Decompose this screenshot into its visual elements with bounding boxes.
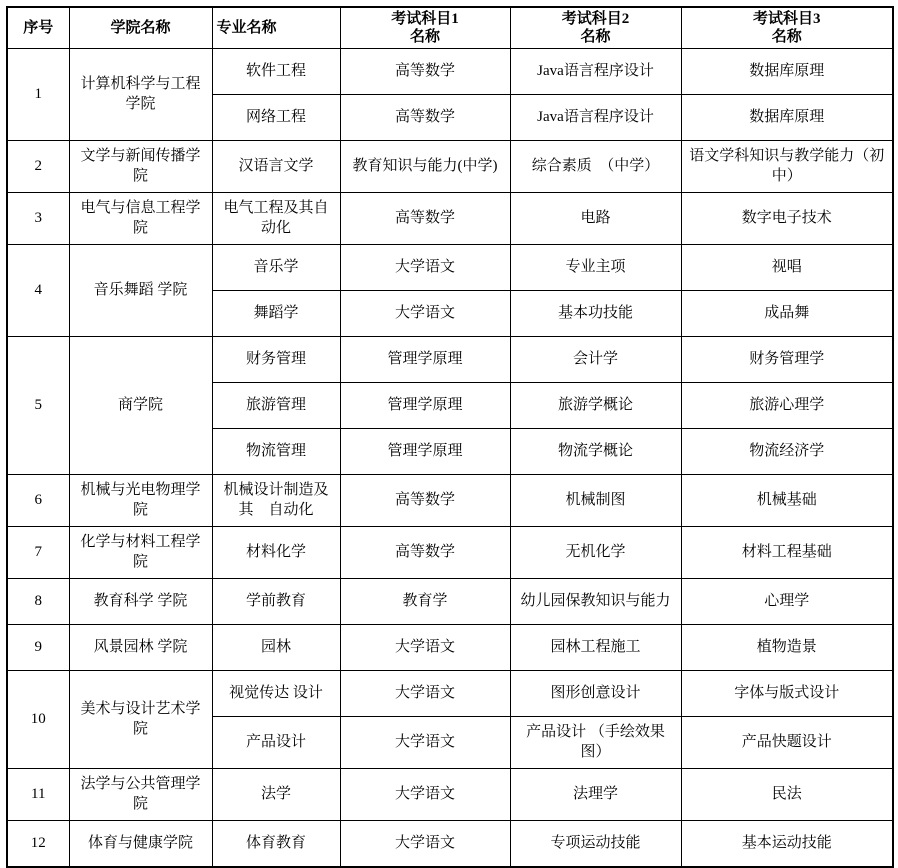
cell-subject1: 教育知识与能力(中学) xyxy=(340,141,510,193)
cell-subject3: 心理学 xyxy=(681,579,893,625)
header-title: 学院名称 xyxy=(110,20,170,36)
cell-subject1: 高等数学 xyxy=(340,527,510,579)
header-title: 考试科目2 xyxy=(562,11,630,27)
cell-subject3: 基本运动技能 xyxy=(681,821,893,868)
cell-subject1: 大学语文 xyxy=(340,717,510,769)
cell-major: 学前教育 xyxy=(212,579,340,625)
cell-major: 汉语言文学 xyxy=(212,141,340,193)
cell-college: 计算机科学与工程学院 xyxy=(69,49,212,141)
cell-subject3: 物流经济学 xyxy=(681,429,893,475)
cell-major: 财务管理 xyxy=(212,337,340,383)
cell-major: 电气工程及其自动化 xyxy=(212,193,340,245)
cell-subject1: 高等数学 xyxy=(340,49,510,95)
cell-subject3: 产品快题设计 xyxy=(681,717,893,769)
table-row: 6机械与光电物理学院机械设计制造及其 自动化高等数学机械制图机械基础 xyxy=(7,475,893,527)
cell-major: 软件工程 xyxy=(212,49,340,95)
cell-index: 12 xyxy=(7,821,69,868)
cell-subject3: 机械基础 xyxy=(681,475,893,527)
cell-subject1: 高等数学 xyxy=(340,95,510,141)
cell-subject1: 高等数学 xyxy=(340,193,510,245)
table-body: 1计算机科学与工程学院软件工程高等数学Java语言程序设计数据库原理网络工程高等… xyxy=(7,49,893,868)
header-title: 序号 xyxy=(23,20,53,36)
cell-subject1: 大学语文 xyxy=(340,245,510,291)
cell-major: 舞蹈学 xyxy=(212,291,340,337)
table-row: 3电气与信息工程学院电气工程及其自动化高等数学电路数字电子技术 xyxy=(7,193,893,245)
cell-major: 产品设计 xyxy=(212,717,340,769)
cell-major: 材料化学 xyxy=(212,527,340,579)
cell-major: 音乐学 xyxy=(212,245,340,291)
cell-subject3: 数据库原理 xyxy=(681,49,893,95)
cell-index: 10 xyxy=(7,671,69,769)
cell-index: 8 xyxy=(7,579,69,625)
table-row: 11法学与公共管理学院法学大学语文法理学民法 xyxy=(7,769,893,821)
header-subtitle: 名称 xyxy=(345,28,506,46)
cell-subject1: 教育学 xyxy=(340,579,510,625)
cell-subject2: 物流学概论 xyxy=(510,429,681,475)
cell-index: 4 xyxy=(7,245,69,337)
table-row: 2文学与新闻传播学院汉语言文学教育知识与能力(中学)综合素质 （中学）语文学科知… xyxy=(7,141,893,193)
cell-major: 物流管理 xyxy=(212,429,340,475)
cell-college: 音乐舞蹈 学院 xyxy=(69,245,212,337)
cell-college: 商学院 xyxy=(69,337,212,475)
cell-college: 风景园林 学院 xyxy=(69,625,212,671)
cell-subject3: 材料工程基础 xyxy=(681,527,893,579)
cell-college: 化学与材料工程学院 xyxy=(69,527,212,579)
table-header: 序号学院名称专业名称考试科目1名称考试科目2名称考试科目3名称 xyxy=(7,7,893,49)
cell-subject2: 综合素质 （中学） xyxy=(510,141,681,193)
cell-subject2: 园林工程施工 xyxy=(510,625,681,671)
cell-subject1: 管理学原理 xyxy=(340,337,510,383)
table-row: 7化学与材料工程学院材料化学高等数学无机化学材料工程基础 xyxy=(7,527,893,579)
cell-major: 法学 xyxy=(212,769,340,821)
header-title: 专业名称 xyxy=(217,20,277,36)
cell-subject3: 视唱 xyxy=(681,245,893,291)
table-row: 12体育与健康学院体育教育大学语文专项运动技能基本运动技能 xyxy=(7,821,893,868)
header-cell-college: 学院名称 xyxy=(69,7,212,49)
cell-subject2: Java语言程序设计 xyxy=(510,95,681,141)
table-row: 4音乐舞蹈 学院音乐学大学语文专业主项视唱 xyxy=(7,245,893,291)
table-row: 8教育科学 学院学前教育教育学幼儿园保教知识与能力心理学 xyxy=(7,579,893,625)
cell-index: 11 xyxy=(7,769,69,821)
cell-subject2: 电路 xyxy=(510,193,681,245)
cell-subject1: 高等数学 xyxy=(340,475,510,527)
cell-subject3: 数字电子技术 xyxy=(681,193,893,245)
cell-subject1: 大学语文 xyxy=(340,291,510,337)
cell-index: 5 xyxy=(7,337,69,475)
header-title: 考试科目1 xyxy=(391,11,459,27)
cell-subject1: 管理学原理 xyxy=(340,429,510,475)
cell-subject3: 数据库原理 xyxy=(681,95,893,141)
cell-index: 3 xyxy=(7,193,69,245)
table-row: 1计算机科学与工程学院软件工程高等数学Java语言程序设计数据库原理 xyxy=(7,49,893,95)
cell-index: 1 xyxy=(7,49,69,141)
cell-subject2: 专项运动技能 xyxy=(510,821,681,868)
cell-major: 旅游管理 xyxy=(212,383,340,429)
cell-subject1: 大学语文 xyxy=(340,671,510,717)
cell-subject3: 植物造景 xyxy=(681,625,893,671)
cell-index: 9 xyxy=(7,625,69,671)
header-cell-major: 专业名称 xyxy=(212,7,340,49)
cell-subject3: 语文学科知识与教学能力（初中） xyxy=(681,141,893,193)
cell-subject2: Java语言程序设计 xyxy=(510,49,681,95)
table-row: 10美术与设计艺术学院视觉传达 设计大学语文图形创意设计字体与版式设计 xyxy=(7,671,893,717)
cell-subject1: 管理学原理 xyxy=(340,383,510,429)
cell-college: 电气与信息工程学院 xyxy=(69,193,212,245)
cell-major: 视觉传达 设计 xyxy=(212,671,340,717)
cell-subject3: 旅游心理学 xyxy=(681,383,893,429)
cell-subject3: 字体与版式设计 xyxy=(681,671,893,717)
header-title: 考试科目3 xyxy=(753,11,821,27)
cell-subject2: 无机化学 xyxy=(510,527,681,579)
cell-college: 教育科学 学院 xyxy=(69,579,212,625)
cell-index: 7 xyxy=(7,527,69,579)
cell-subject2: 旅游学概论 xyxy=(510,383,681,429)
cell-subject3: 成品舞 xyxy=(681,291,893,337)
cell-subject2: 基本功技能 xyxy=(510,291,681,337)
cell-subject3: 民法 xyxy=(681,769,893,821)
table-row: 5商学院财务管理管理学原理会计学财务管理学 xyxy=(7,337,893,383)
cell-subject2: 图形创意设计 xyxy=(510,671,681,717)
cell-subject2: 产品设计 （手绘效果图） xyxy=(510,717,681,769)
header-cell-index: 序号 xyxy=(7,7,69,49)
exam-subjects-page: 序号学院名称专业名称考试科目1名称考试科目2名称考试科目3名称 1计算机科学与工… xyxy=(0,0,898,744)
cell-index: 2 xyxy=(7,141,69,193)
cell-college: 体育与健康学院 xyxy=(69,821,212,868)
cell-major: 机械设计制造及其 自动化 xyxy=(212,475,340,527)
table-header-row: 序号学院名称专业名称考试科目1名称考试科目2名称考试科目3名称 xyxy=(7,7,893,49)
header-cell-subject3: 考试科目3名称 xyxy=(681,7,893,49)
cell-subject1: 大学语文 xyxy=(340,769,510,821)
header-cell-subject1: 考试科目1名称 xyxy=(340,7,510,49)
exam-subjects-table: 序号学院名称专业名称考试科目1名称考试科目2名称考试科目3名称 1计算机科学与工… xyxy=(6,6,894,868)
cell-subject2: 机械制图 xyxy=(510,475,681,527)
header-cell-subject2: 考试科目2名称 xyxy=(510,7,681,49)
cell-college: 法学与公共管理学院 xyxy=(69,769,212,821)
cell-subject1: 大学语文 xyxy=(340,625,510,671)
cell-subject1: 大学语文 xyxy=(340,821,510,868)
table-row: 9风景园林 学院园林大学语文园林工程施工植物造景 xyxy=(7,625,893,671)
cell-major: 园林 xyxy=(212,625,340,671)
cell-college: 机械与光电物理学院 xyxy=(69,475,212,527)
cell-college: 美术与设计艺术学院 xyxy=(69,671,212,769)
cell-major: 体育教育 xyxy=(212,821,340,868)
cell-subject2: 幼儿园保教知识与能力 xyxy=(510,579,681,625)
cell-major: 网络工程 xyxy=(212,95,340,141)
header-subtitle: 名称 xyxy=(515,28,677,46)
cell-subject2: 法理学 xyxy=(510,769,681,821)
cell-subject3: 财务管理学 xyxy=(681,337,893,383)
header-subtitle: 名称 xyxy=(686,28,889,46)
cell-subject2: 会计学 xyxy=(510,337,681,383)
cell-subject2: 专业主项 xyxy=(510,245,681,291)
cell-index: 6 xyxy=(7,475,69,527)
cell-college: 文学与新闻传播学院 xyxy=(69,141,212,193)
